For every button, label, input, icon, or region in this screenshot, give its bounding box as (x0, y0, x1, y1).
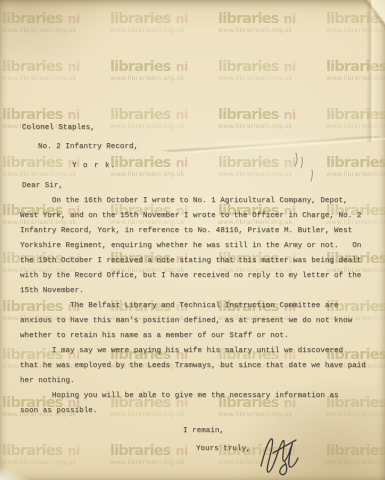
letter-content: Colonel Staples, No. 2 Infantry Record, … (0, 0, 385, 480)
typed-line: Hoping you will be able to give me the n… (20, 389, 366, 404)
typed-line: soon as possible. (20, 404, 366, 419)
typed-line: whether to retain his name as a member o… (20, 329, 366, 344)
typed-line: Infantry Record, York, in reference to N… (20, 224, 366, 239)
closing-remain: I remain, (183, 424, 224, 439)
recipient-unit: No. 2 Infantry Record, (38, 140, 138, 155)
typed-line: The Belfast Library and Technical Instru… (20, 299, 366, 314)
scanned-letter-page: librariesniwww.librariesni.org.uklibrari… (0, 0, 385, 480)
typed-line: I may say we were paying his wife his sa… (20, 344, 366, 359)
typed-line: On the 16th October I wrote to No. 1 Agr… (20, 194, 366, 209)
typed-line: with by the Record Office, but I have re… (20, 269, 366, 284)
pencil-mark (288, 150, 318, 184)
recipient-name: Colonel Staples, (22, 121, 95, 136)
letter-body-text: On the 16th October I wrote to No. 1 Agr… (20, 194, 366, 419)
typed-line: Yorkshire Regiment, enquiring whether he… (20, 239, 366, 254)
typed-line: 15th November. (20, 284, 366, 299)
typed-line: her nothing. (20, 374, 366, 389)
signature-mark (256, 430, 302, 478)
recipient-city: Y o r k. (72, 159, 116, 174)
typed-line: anxious to have this man's position defi… (20, 314, 366, 329)
salutation: Dear Sir, (22, 179, 63, 194)
typed-line: West York, and on the 15th November I wr… (20, 209, 366, 224)
typed-line: the 19th October I received a note stati… (20, 254, 366, 269)
closing-yours: Yours truly, (196, 442, 251, 457)
typed-line: that he was employed by the Leeds Tramwa… (20, 359, 366, 374)
